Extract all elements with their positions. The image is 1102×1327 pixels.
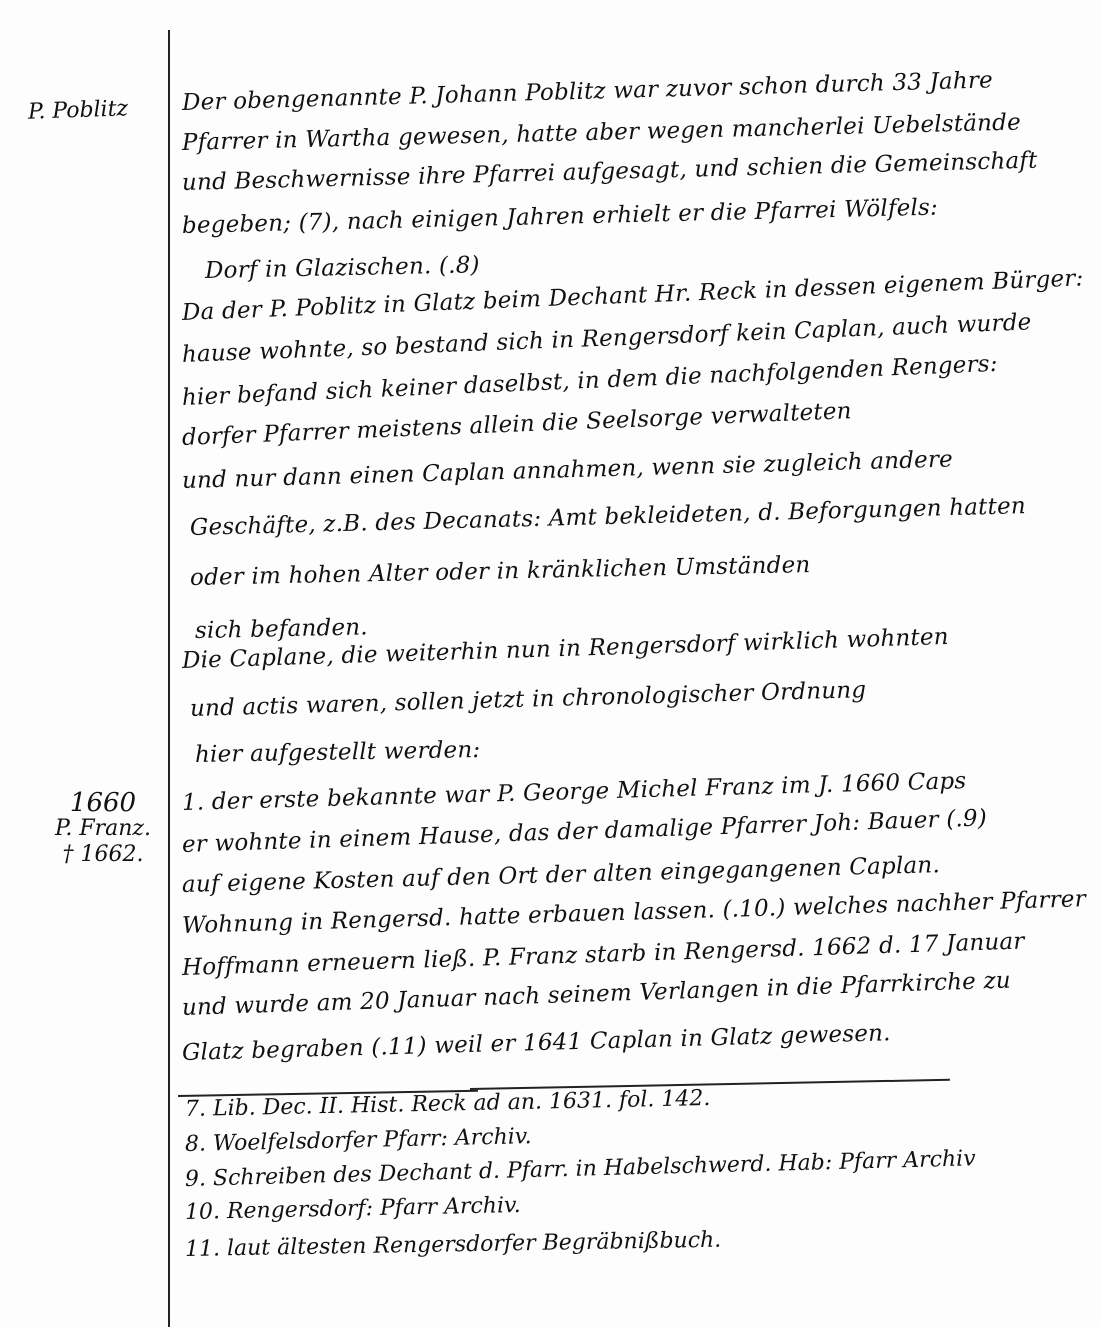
body-line: oder im hohen Alter oder in kränklichen … <box>190 552 811 591</box>
manuscript-page: P. Poblitz 1660 P. Franz. † 1662. Der ob… <box>0 0 1102 1327</box>
body-line: hier aufgestellt werden: <box>195 737 481 768</box>
footnote: 8. Woelfelsdorfer Pfarr: Archiv. <box>185 1124 532 1157</box>
body-line: Der obengenannte P. Johann Poblitz war z… <box>182 67 994 116</box>
margin-note-year: 1660 <box>55 790 151 816</box>
body-line: er wohnte in einem Hause, das der damali… <box>182 805 988 858</box>
body-line: Dorf in Glazischen. (.8) <box>205 252 480 284</box>
margin-rule <box>168 30 170 1327</box>
margin-note-name: P. Franz. <box>55 816 151 842</box>
body-line: Pfarrer in Wartha gewesen, hatte aber we… <box>182 110 1021 156</box>
body-line: und Beschwernisse ihre Pfarrei aufgesagt… <box>182 148 1038 196</box>
body-line: begeben; (7), nach einigen Jahren erhiel… <box>182 195 939 239</box>
margin-note-death: † 1662. <box>55 842 151 868</box>
body-line: und actis waren, sollen jetzt in chronol… <box>190 677 867 722</box>
margin-note-line: P. Poblitz <box>28 96 129 124</box>
body-line: und nur dann einen Caplan annahmen, wenn… <box>182 446 954 494</box>
body-line: Glatz begraben (.11) weil er 1641 Caplan… <box>182 1020 891 1066</box>
body-line: Geschäfte, z.B. des Decanats: Amt beklei… <box>190 493 1027 541</box>
footnote: 7. Lib. Dec. II. Hist. Reck ad an. 1631.… <box>185 1086 711 1122</box>
body-line: 1. der erste bekannte war P. George Mich… <box>182 768 967 816</box>
body-line: sich befanden. <box>195 614 368 644</box>
footnote: 11. laut ältesten Rengersdorfer Begräbni… <box>185 1228 722 1262</box>
margin-note-poblitz: P. Poblitz <box>28 96 129 125</box>
margin-note-franz: 1660 P. Franz. † 1662. <box>55 790 151 868</box>
body-line: auf eigene Kosten auf den Ort der alten … <box>182 852 941 898</box>
footnote: 10. Rengersdorf: Pfarr Archiv. <box>185 1193 521 1225</box>
